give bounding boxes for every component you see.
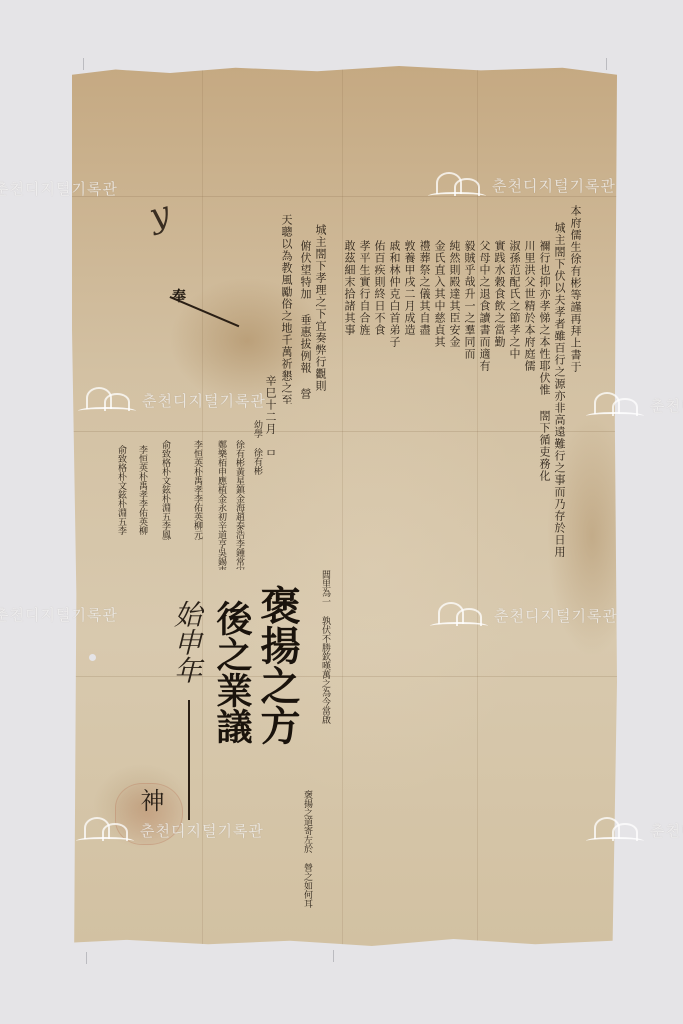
heading-column: 本府儒生徐有彬等謹再拜上書于 (569, 205, 582, 595)
watermark: 춘천디지털기록관 (430, 600, 618, 630)
body-column: 佑百疾則終日不食 (373, 240, 386, 920)
body-column: 禮葬祭之儀其自盡 (418, 240, 431, 920)
body-column: 淑孫范配氏之節孝之中 (508, 240, 521, 920)
body-column: 父母中之退食讀書而適有 (478, 240, 491, 920)
body-column: 俯伏望特加 垂惠拔例報 營上達 (299, 240, 312, 400)
watermark-text: 춘천디지털기록관 (0, 604, 118, 625)
worm-hole (89, 654, 96, 661)
watermark-text: 춘천디지털기록관 (0, 178, 118, 199)
watermark: 춘천디지털기록관 (0, 178, 118, 199)
body-column: 孝平生實行自合旌 (358, 240, 371, 920)
signatory-group: 李恒英朴禹孝李佑英柳元柳重根金謹錄金章洞黃尚閔 (135, 445, 148, 535)
watermark: 춘천디지털기록관 (428, 170, 616, 200)
watermark: 춘천디지털기록관 (586, 815, 683, 845)
body-column: 城主閤下伏以夫孝者雖百行之源亦非高遠難行之事而乃存於日用 (553, 222, 566, 922)
watermark-text: 춘천디지털기록관 (140, 820, 264, 841)
body-column: 純然則殿達其臣安金 (448, 240, 461, 920)
body-column: 川里洪父世精於本府庭儒 (523, 240, 536, 920)
signatory-group: 徐有彬黃星鎮金海趙泰浩李鍾常宋秉哲 (232, 440, 245, 570)
watermark: 춘천디지털기록관 (0, 604, 118, 625)
body-column: 禰行也抑亦孝悌之本性耶伏惟 閤下循吏務化 (538, 240, 551, 920)
signatory-heading: 幼學 徐有彬 (250, 420, 263, 570)
watermark: 춘천디지털기록관 (76, 815, 264, 845)
archive-logo-icon (430, 600, 488, 630)
cursive-annotation: 褒揚之方 (255, 585, 299, 905)
archive-logo-icon (586, 815, 644, 845)
watermark: 춘천디지털기록관 (586, 390, 683, 420)
watermark-text: 춘천디지털기록관 (492, 175, 616, 196)
mounting-pin (86, 952, 87, 964)
mounting-pin (333, 950, 334, 962)
signatory-group: 俞致格朴文鉉朴淵五李鳳鵬朴鴻蓮李國新李佐新李應登李應夏俞景璇劉宗俊 (114, 445, 127, 535)
cursive-annotation: 後之業議 (212, 600, 252, 900)
body-column: 毅賊乎哉升一之羣同而 (463, 240, 476, 920)
signatory-group: 鄭樂栢申應植金永初辛道亨吳錫東 (214, 440, 227, 570)
body-column: 實践水穀食飲之當勤 (493, 240, 506, 920)
archive-logo-icon (586, 390, 644, 420)
body-column: 城主閤下孝理之下宜奏弊行觀則 (314, 224, 327, 404)
mounting-pin (83, 58, 84, 70)
signatory-group: 俞致格朴文鉉朴淵五李鳳鵬朴鴻蓮李國新李佐新李應登李應夏俞景璇劉宗俊 (158, 440, 171, 540)
archive-logo-icon (76, 815, 134, 845)
body-column: 戚和林仲克白首弟子 (388, 240, 401, 920)
archive-logo-icon (78, 385, 136, 415)
watermark: 춘천디지털기록관 (78, 385, 266, 415)
date-line: 辛巳十二月 日 (264, 375, 277, 455)
cursive-annotation-left: 始申年 (170, 600, 202, 800)
watermark-text: 춘천디지털기록관 (142, 390, 266, 411)
response-column: 閭里為一 孰伏不勝欽嘆萬之為今當啟 (318, 570, 331, 900)
body-column: 敢茲細末拾諸其事 (343, 240, 356, 640)
signatory-group: 李恒英朴禹孝李佑英柳元柳重根金謹錄金章洞黃尚閔 (190, 440, 203, 540)
mounting-pin (606, 58, 607, 70)
watermark-text: 춘천디지털기록관 (494, 605, 618, 626)
watermark-text: 춘천디지털기록관 (650, 820, 683, 841)
response-column: 褒揚之道寄左於 營之如何耳 (300, 790, 313, 940)
body-column: 金氏直入其中慈貞其 (433, 240, 446, 920)
seal-signature: 神 (133, 788, 168, 812)
archive-logo-icon (428, 170, 486, 200)
body-column: 敦養甲戌二月成造 (403, 240, 416, 920)
body-column: 天聰以為教風勵俗之地千萬祈懇之至 (280, 214, 293, 404)
watermark-text: 춘천디지털기록관 (650, 395, 683, 416)
brush-stroke (188, 700, 190, 820)
